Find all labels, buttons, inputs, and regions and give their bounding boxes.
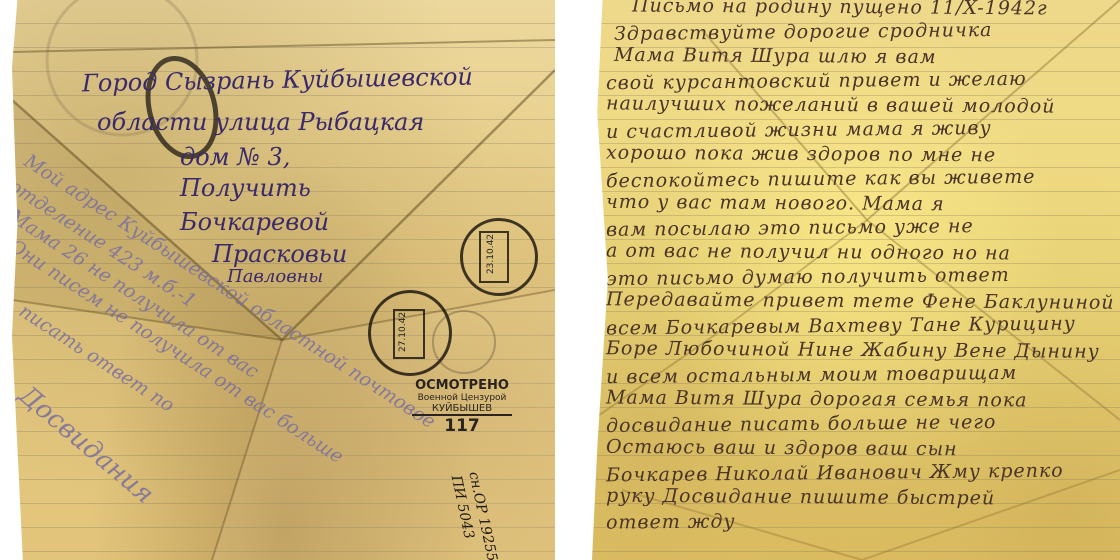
- postmark-upper: 23.10.42: [460, 218, 538, 296]
- letter-line: Здравствуйте дорогие сродничка: [614, 19, 993, 45]
- letter-line: что у вас там нового. Мама я: [606, 191, 945, 215]
- letter-line: Остаюсь ваш и здоров ваш сын: [606, 436, 958, 460]
- letter-line: Передавайте привет тете Фене Баклуниной: [606, 288, 1115, 314]
- censor-number: 117: [412, 416, 512, 436]
- address-line: Получить: [180, 174, 311, 202]
- letter-line: Мама Витя Шура дорогая семья пока: [606, 387, 1028, 412]
- letter-line: Мама Витя Шура шлю я вам: [614, 44, 937, 68]
- address-line: дом № 3,: [180, 143, 290, 171]
- address-line: области улица Рыбацкая: [97, 108, 424, 136]
- letter-line: всем Бочкаревым Вахтеву Тане Курицину: [606, 312, 1076, 339]
- letter-line: ответ жду: [606, 510, 736, 533]
- postmark-faint: [432, 310, 496, 374]
- address-line: Прасковьи: [212, 240, 347, 268]
- letter-line: и всем остальным моим товарищам: [606, 361, 1017, 387]
- address-line: Павловны: [227, 266, 323, 287]
- letter-line: Бочкарев Николай Иванович Жму крепко: [606, 459, 1064, 486]
- envelope-sheet: Город Сызрань Куйбышевской области улица…: [12, 0, 555, 560]
- censor-line1: ОСМОТРЕНО: [412, 378, 512, 393]
- letter-line: свой курсантовский привет и желаю: [606, 67, 1027, 93]
- letter-line: это письмо думаю получить ответ: [606, 263, 1010, 289]
- postmark-date: 27.10.42: [398, 312, 408, 352]
- letter-line: наилучших пожеланий в вашей молодой: [606, 92, 1056, 117]
- censor-line2: Военной Цензурой: [412, 393, 512, 403]
- letter-line: руку Досвидание пишите быстрей: [606, 485, 995, 510]
- letter-line: вам посылаю это письмо уже не: [606, 215, 974, 241]
- letter-line: досвидание писать больше не чего: [606, 410, 997, 436]
- letter-line: а от вас не получил ни одного но на: [606, 240, 1011, 265]
- censor-line3: КУЙБЫШЕВ: [412, 403, 512, 416]
- postmark-date: 23.10.42: [486, 234, 496, 274]
- letter-line: хорошо пока жив здоров по мне не: [606, 142, 996, 167]
- address-line: Бочкаревой: [180, 208, 329, 236]
- letter-line: беспокойтесь пишите как вы живете: [606, 165, 1036, 191]
- letter-line: Письмо на родину пущено 11/X-1942г: [632, 0, 1048, 19]
- letter-line: Боре Любочиной Нине Жабину Вене Дынину: [606, 337, 1100, 362]
- letter-sheet: Письмо на родину пущено 11/X-1942гЗдравс…: [592, 0, 1120, 560]
- censor-stamp: ОСМОТРЕНО Военной Цензурой КУЙБЫШЕВ 117: [412, 378, 512, 436]
- letter-line: и счастливой жизни мама я живу: [606, 116, 992, 142]
